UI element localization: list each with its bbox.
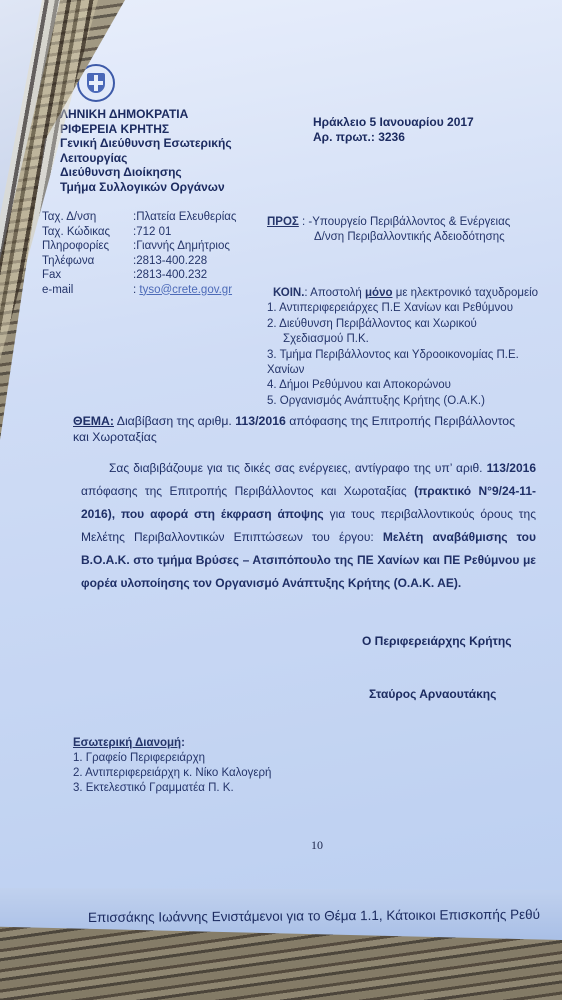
contact-value-fax: :2813-400.232 — [133, 268, 236, 283]
recipient-block: ΠΡΟΣ : -Υπουργείο Περιβάλλοντος & Ενέργε… — [267, 215, 510, 244]
org-line-department: Τμήμα Συλλογικών Οργάνων — [60, 180, 232, 195]
contact-labels: Ταχ. Δ/νση Ταχ. Κώδικας Πληροφορίες Τηλέ… — [42, 210, 110, 297]
org-line-directorate: Γενική Διεύθυνση Εσωτερικής — [60, 136, 232, 151]
org-line-operations: Λειτουργίας — [60, 151, 232, 166]
cc-block: ΚΟΙΝ.: Αποστολή μόνο με ηλεκτρονικό ταχυ… — [273, 286, 538, 409]
contact-label-postcode: Ταχ. Κώδικας — [42, 225, 110, 240]
distribution-item-1: 1. Γραφείο Περιφερειάρχη — [73, 751, 271, 766]
contact-label-fax: Fax — [42, 268, 110, 283]
cc-only: μόνο — [365, 287, 392, 299]
page-number: 10 — [311, 838, 323, 853]
distribution-block: Εσωτερική Διανομή: 1. Γραφείο Περιφερειά… — [73, 736, 271, 796]
cc-item-3-cont: Χανίων — [267, 363, 538, 378]
cc-label: ΚΟΙΝ. — [273, 287, 304, 299]
body-paragraph: Σας διαβιβάζουμε για τις δικές σας ενέργ… — [81, 457, 536, 595]
body-text-2: απόφασης της Επιτροπής Περιβάλλοντος και… — [81, 484, 414, 498]
distribution-colon: : — [181, 737, 185, 749]
cc-item-2: 2. Διεύθυνση Περιβάλλοντος και Χωρικού — [267, 317, 538, 332]
cc-intro-rest: με ηλεκτρονικό ταχυδρομείο — [393, 287, 539, 299]
place-date: Ηράκλειο 5 Ιανουαρίου 2017 — [313, 115, 474, 130]
underlying-page-text: Επισσάκης Ιωάννης Ενιστάμενοι για το Θέμ… — [88, 907, 540, 925]
org-line-administration: Διεύθυνση Διοίκησης — [60, 165, 232, 180]
distribution-label: Εσωτερική Διανομή — [73, 737, 181, 749]
document-page: ΛΗΝΙΚΗ ΔΗΜΟΚΡΑΤΙΑ ΡΙΦΕΡΕΙΑ ΚΡΗΤΗΣ Γενική… — [0, 0, 562, 890]
subject-line-2: και Χωροταξίας — [73, 429, 515, 445]
cc-item-5: 5. Οργανισμός Ανάπτυξης Κρήτης (Ο.Α.Κ.) — [267, 394, 538, 409]
distribution-item-3: 3. Εκτελεστικό Γραμματέα Π. Κ. — [73, 781, 271, 796]
contact-value-info: :Γιαννής Δημήτριος — [133, 239, 236, 254]
contact-label-info: Πληροφορίες — [42, 239, 110, 254]
subject-block: ΘΕΜΑ: Διαβίβαση της αριθμ. 113/2016 απόφ… — [73, 413, 515, 445]
recipient-label: ΠΡΟΣ — [267, 216, 299, 228]
contact-values: :Πλατεία Ελευθερίας :712 01 :Γιαννής Δημ… — [133, 210, 236, 297]
org-header: ΛΗΝΙΚΗ ΔΗΜΟΚΡΑΤΙΑ ΡΙΦΕΡΕΙΑ ΚΡΗΤΗΣ Γενική… — [60, 107, 232, 194]
recipient-line-1: -Υπουργείο Περιβάλλοντος & Ενέργειας — [308, 216, 510, 228]
signature-title: Ο Περιφερειάρχης Κρήτης — [362, 634, 511, 649]
distribution-item-2: 2. Αντιπεριφερειάρχη κ. Νίκο Καλογερή — [73, 766, 271, 781]
cc-item-1: 1. Αντιπεριφερειάρχες Π.Ε Χανίων και Ρεθ… — [267, 301, 538, 316]
cc-item-2-cont: Σχεδιασμού Π.Κ. — [283, 332, 538, 347]
protocol-number: Αρ. πρωτ.: 3236 — [313, 130, 474, 145]
cc-item-4: 4. Δήμοι Ρεθύμνου και Αποκορώνου — [267, 378, 538, 393]
contact-label-address: Ταχ. Δ/νση — [42, 210, 110, 225]
email-link[interactable]: tyso@crete.gov.gr — [139, 284, 232, 296]
body-text-1: Σας διαβιβάζουμε για τις δικές σας ενέργ… — [109, 461, 487, 475]
contact-value-address: :Πλατεία Ελευθερίας — [133, 210, 236, 225]
recipient-sep: : — [299, 216, 309, 228]
body-decision-number: 113/2016 — [487, 461, 536, 475]
subject-decision-number: 113/2016 — [235, 414, 286, 428]
cc-item-3: 3. Τμήμα Περιβάλλοντος και Υδροοικονομία… — [267, 348, 538, 363]
recipient-line-2: Δ/νση Περιβαλλοντικής Αδειοδότησης — [267, 230, 510, 245]
org-line-republic: ΛΗΝΙΚΗ ΔΗΜΟΚΡΑΤΙΑ — [60, 107, 232, 122]
subject-text-rest: απόφασης της Επιτροπής Περιβάλλοντος — [286, 414, 515, 428]
date-block: Ηράκλειο 5 Ιανουαρίου 2017 Αρ. πρωτ.: 32… — [313, 115, 474, 144]
contact-label-phone: Τηλέφωνα — [42, 254, 110, 269]
subject-label: ΘΕΜΑ: — [73, 414, 114, 428]
contact-value-phone: :2813-400.228 — [133, 254, 236, 269]
org-line-region: ΡΙΦΕΡΕΙΑ ΚΡΗΤΗΣ — [60, 122, 232, 137]
contact-value-postcode: :712 01 — [133, 225, 236, 240]
signature-name: Σταύρος Αρναουτάκης — [369, 687, 496, 702]
contact-label-email: e-mail — [42, 283, 110, 298]
subject-text: Διαβίβαση της αριθμ. — [114, 414, 235, 428]
cc-intro: : Αποστολή — [304, 287, 365, 299]
